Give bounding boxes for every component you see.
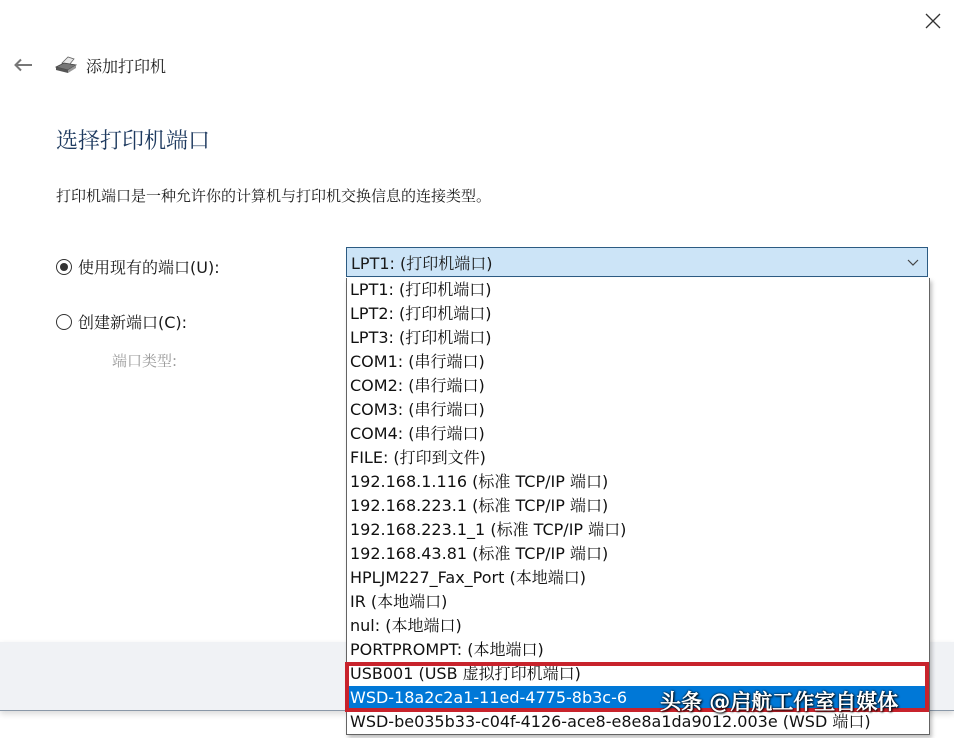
wizard-title: 添加打印机 xyxy=(86,54,166,77)
port-option[interactable]: WSD-be035b33-c04f-4126-ace8-e8e8a1da9012… xyxy=(347,710,929,734)
use-existing-port-label: 使用现有的端口(U): xyxy=(78,255,220,278)
port-option[interactable]: 192.168.223.1 (标准 TCP/IP 端口) xyxy=(347,494,929,518)
close-button[interactable] xyxy=(916,6,950,36)
port-option[interactable]: nul: (本地端口) xyxy=(347,614,929,638)
page-title: 选择打印机端口 xyxy=(56,124,210,155)
radio-checked-icon xyxy=(56,259,72,275)
port-option[interactable]: LPT1: (打印机端口) xyxy=(347,278,929,302)
selected-port-value: LPT1: (打印机端口) xyxy=(351,251,492,274)
port-option[interactable]: FILE: (打印到文件) xyxy=(347,446,929,470)
port-option[interactable]: COM2: (串行端口) xyxy=(347,374,929,398)
wizard-header: 添加打印机 xyxy=(54,52,166,78)
printer-icon xyxy=(54,55,78,75)
port-option[interactable]: HPLJM227_Fax_Port (本地端口) xyxy=(347,566,929,590)
port-option[interactable]: LPT2: (打印机端口) xyxy=(347,302,929,326)
port-option[interactable]: PORTPROMPT: (本地端口) xyxy=(347,638,929,662)
create-new-port-radio[interactable]: 创建新端口(C): xyxy=(56,310,187,333)
port-option[interactable]: 192.168.1.116 (标准 TCP/IP 端口) xyxy=(347,470,929,494)
radio-unchecked-icon xyxy=(56,314,72,330)
port-option[interactable]: LPT3: (打印机端口) xyxy=(347,326,929,350)
port-option[interactable]: COM4: (串行端口) xyxy=(347,422,929,446)
back-button[interactable] xyxy=(8,52,38,78)
port-option[interactable]: USB001 (USB 虚拟打印机端口) xyxy=(347,662,929,686)
port-option[interactable]: WSD-18a2c2a1-11ed-4775-8b3c-6 xyxy=(347,686,929,710)
port-option[interactable]: IR (本地端口) xyxy=(347,590,929,614)
port-type-label: 端口类型: xyxy=(112,350,177,371)
existing-port-select[interactable]: LPT1: (打印机端口) xyxy=(346,247,928,277)
close-icon xyxy=(925,13,941,29)
port-option[interactable]: 192.168.43.81 (标准 TCP/IP 端口) xyxy=(347,542,929,566)
chevron-down-icon xyxy=(907,254,919,270)
arrow-left-icon xyxy=(13,58,33,72)
port-option[interactable]: COM1: (串行端口) xyxy=(347,350,929,374)
port-option[interactable]: COM3: (串行端口) xyxy=(347,398,929,422)
port-dropdown-list[interactable]: LPT1: (打印机端口)LPT2: (打印机端口)LPT3: (打印机端口)C… xyxy=(346,278,930,735)
description-text: 打印机端口是一种允许你的计算机与打印机交换信息的连接类型。 xyxy=(56,185,491,206)
use-existing-port-radio[interactable]: 使用现有的端口(U): xyxy=(56,255,220,278)
create-new-port-label: 创建新端口(C): xyxy=(78,310,187,333)
port-option[interactable]: 192.168.223.1_1 (标准 TCP/IP 端口) xyxy=(347,518,929,542)
